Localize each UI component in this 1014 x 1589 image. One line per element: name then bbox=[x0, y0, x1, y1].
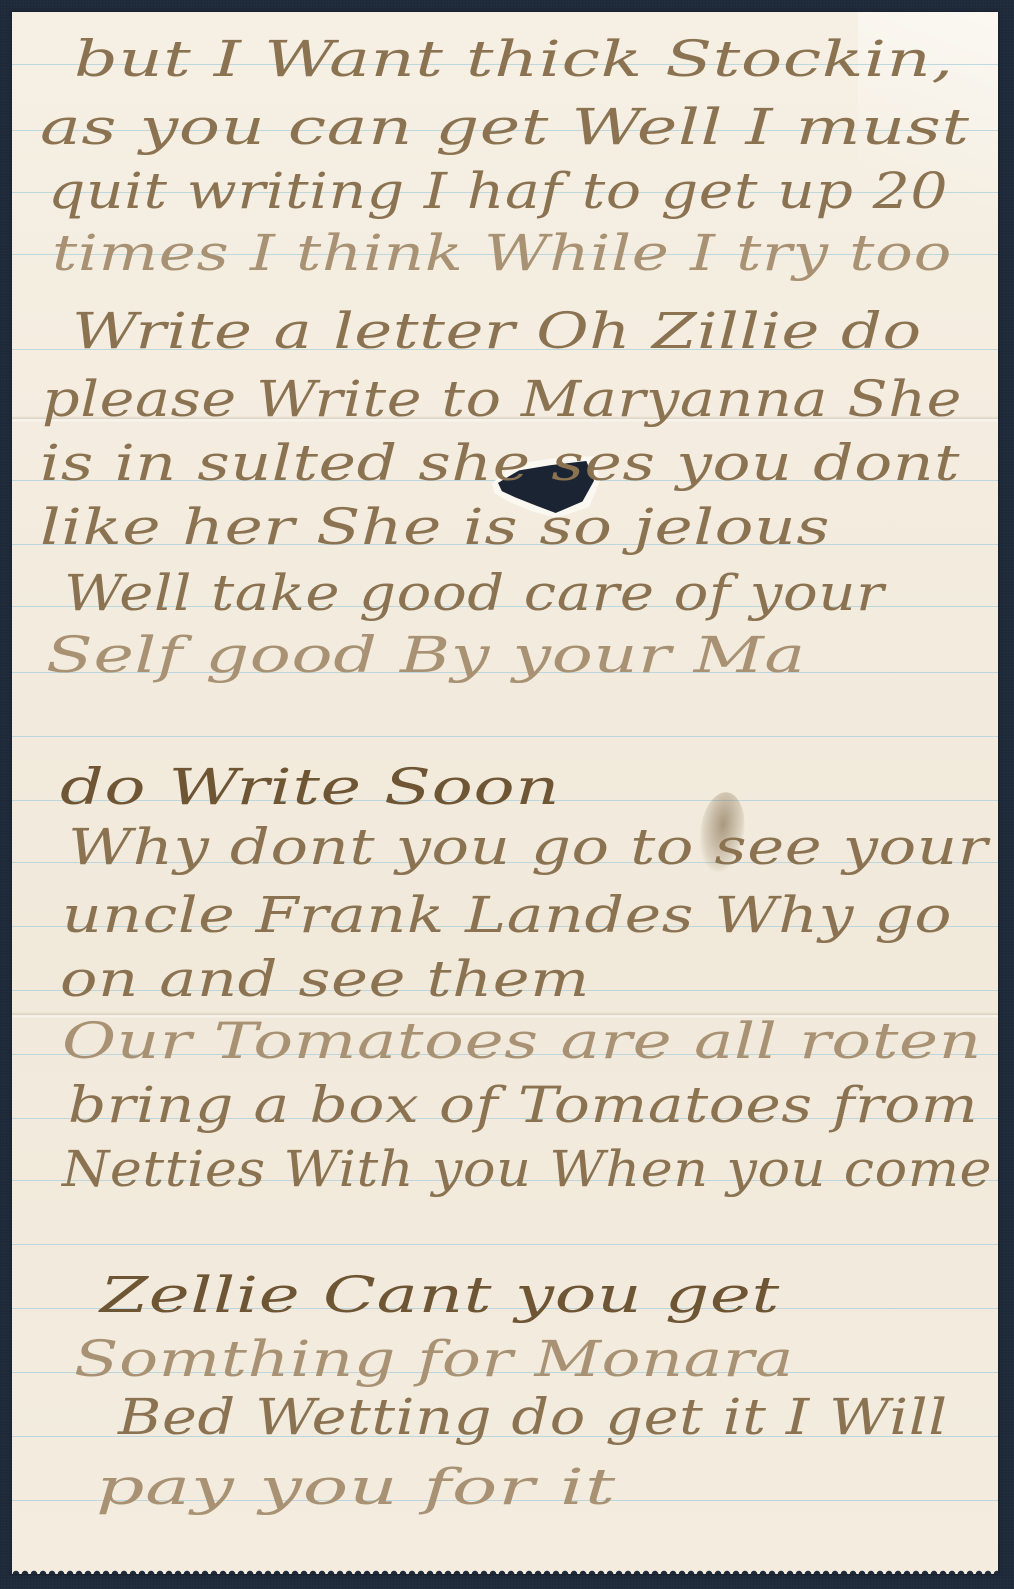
letter-line-15: Our Tomatoes are all roten bbox=[62, 1012, 982, 1070]
letter-line-4: times I think While I try too bbox=[52, 224, 952, 282]
letter-line-3: quit writing I haf to get up 20 bbox=[48, 162, 948, 220]
letter-line-5: Write a letter Oh Zillie do bbox=[72, 302, 922, 360]
letter-line-14: on and see them bbox=[60, 950, 590, 1008]
letter-line-19: Somthing for Monara bbox=[74, 1330, 794, 1388]
letter-line-16: bring a box of Tomatoes from bbox=[68, 1076, 978, 1134]
letter-line-18: Zellie Cant you get bbox=[100, 1266, 780, 1324]
letter-line-17: Netties With you When you come bbox=[62, 1140, 992, 1198]
letter-line-1: but I Want thick Stockin, bbox=[74, 30, 954, 88]
letter-line-9: Well take good care of your bbox=[64, 564, 884, 622]
letter-line-2: as you can get Well I must bbox=[40, 98, 970, 156]
letter-line-7: is in sulted she ses you dont bbox=[40, 434, 960, 492]
letter-line-13: uncle Frank Landes Why go bbox=[62, 886, 952, 944]
letter-line-21: pay you for it bbox=[96, 1458, 616, 1516]
letter-line-6: please Write to Maryanna She bbox=[42, 370, 962, 428]
letter-line-8: like her She is so jelous bbox=[40, 498, 830, 556]
ruled-line bbox=[12, 1244, 998, 1245]
letter-line-11: do Write Soon bbox=[60, 758, 560, 816]
ruled-line bbox=[12, 736, 998, 737]
letter-page: but I Want thick Stockin, as you can get… bbox=[12, 12, 998, 1574]
letter-line-20: Bed Wetting do get it I Will bbox=[118, 1388, 948, 1446]
letter-line-12: Why dont you go to see your bbox=[68, 818, 988, 876]
letter-line-10: Self good By your Ma bbox=[46, 626, 806, 684]
